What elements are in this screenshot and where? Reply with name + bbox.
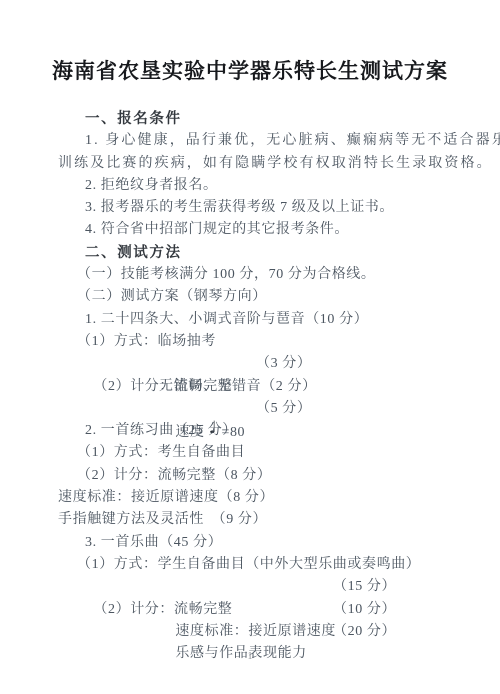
document-line: 3. 一首乐曲（45 分） (0, 532, 500, 554)
document-line: 速度 ♩ =80 （5 分） (0, 398, 500, 420)
document-body: 一、报名条件 1. 身心健康，品行兼优，无心脏病、癫痫病等无不适合器乐 训练及比… (0, 108, 500, 643)
document-line: （2）计分：流畅完整 （3 分） (0, 353, 500, 375)
document-line: 速度标准：接近原谱速度（8 分） (0, 487, 500, 509)
document-line: （一）技能考核满分 100 分，70 分为合格线。 (0, 264, 500, 286)
document-line: 3. 报考器乐的考生需获得考级 7 级及以上证书。 (0, 197, 500, 219)
document-line: （1）方式：临场抽考 (0, 331, 500, 353)
score-value: （10 分） (333, 599, 396, 621)
score-value: （5 分） (256, 398, 312, 420)
document-line: （1）方式：考生自备曲目 (0, 442, 500, 464)
document-line: 2. 拒绝纹身者报名。 (0, 175, 500, 197)
document-line: 无错调、无错音（2 分） (0, 376, 500, 398)
document-line: 手指触键方法及灵活性 （9 分） (0, 509, 500, 531)
document-line: （2）计分：流畅完整（8 分） (0, 465, 500, 487)
score-value: （15 分） (333, 576, 396, 598)
document-line: 1. 二十四条大、小调式音阶与琶音（10 分） (0, 309, 500, 331)
document-line: 2. 一首练习曲（25 分） (0, 420, 500, 442)
page-number: 1 (0, 651, 500, 662)
document-page: { "doc": { "title": "海南省农垦实验中学器乐特长生测试方案"… (0, 0, 500, 694)
document-line: （二）测试方案（钢琴方向） (0, 286, 500, 308)
document-line: 乐感与作品表现能力 （20 分） (0, 621, 500, 643)
section-heading-2: 二、测试方法 (0, 242, 500, 264)
score-value: （20 分） (333, 621, 396, 643)
document-title: 海南省农垦实验中学器乐特长生测试方案 (0, 55, 500, 85)
document-line: 4. 符合省中招部门规定的其它报考条件。 (0, 219, 500, 241)
score-value: （3 分） (256, 353, 312, 375)
document-line: （2）计分：流畅完整 （15 分） (0, 576, 500, 598)
document-line: （1）方式：学生自备曲目（中外大型乐曲或奏鸣曲） (0, 554, 500, 576)
document-line: 1. 身心健康，品行兼优，无心脏病、癫痫病等无不适合器乐 (0, 130, 500, 152)
document-line: 训练及比赛的疾病，如有隐瞒学校有权取消特长生录取资格。 (0, 153, 500, 175)
document-line: 速度标准：接近原谱速度 （10 分） (0, 599, 500, 621)
section-heading-1: 一、报名条件 (0, 108, 500, 130)
